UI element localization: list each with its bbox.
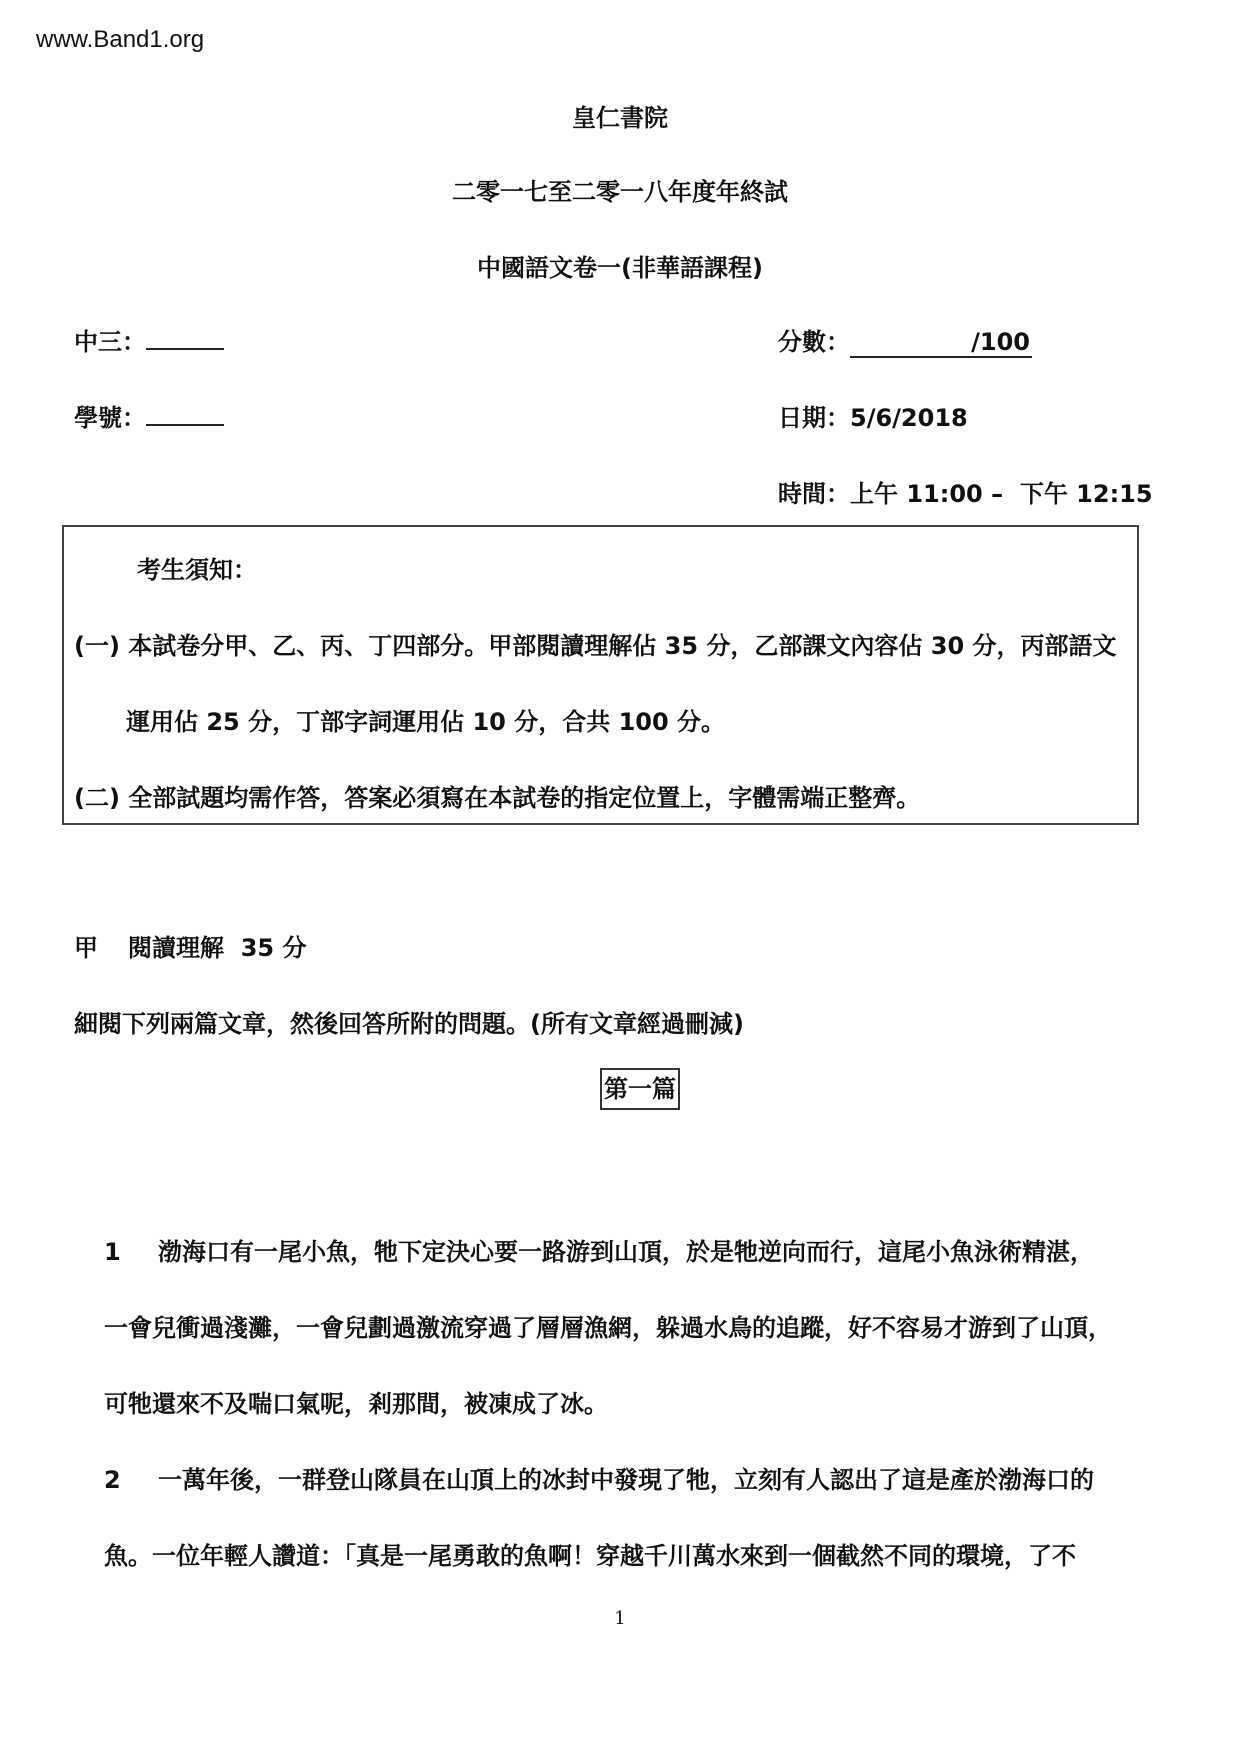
paragraph-1-line-2: 一會兒衝過淺灘，一會兒劃過激流穿過了層層漁網，躲過水鳥的追蹤，好不容易才游到了山…	[104, 1308, 1112, 1343]
class-blank[interactable]	[146, 326, 224, 350]
paper-title: 中國語文卷一(非華語課程)	[0, 248, 1240, 283]
notice-item-2: (二) 全部試題均需作答，答案必須寫在本試卷的指定位置上，字體需端正整齊。	[74, 778, 920, 813]
section-instruction: 細閱下列兩篇文章，然後回答所附的問題。(所有文章經過刪減)	[74, 1004, 744, 1039]
exam-title: 二零一七至二零一八年度年終試	[0, 172, 1240, 207]
school-name: 皇仁書院	[0, 98, 1240, 133]
paragraph-2-line-2: 魚。一位年輕人讚道：「真是一尾勇敢的魚啊！穿越千川萬水來到一個截然不同的環境，了…	[104, 1536, 1076, 1571]
paragraph-2-line-1: 2一萬年後，一群登山隊員在山頂上的冰封中發現了牠，立刻有人認出了這是產於渤海口的	[104, 1460, 1094, 1495]
paragraph-1-line-1: 1渤海口有一尾小魚，牠下定決心要一路游到山頂，於是牠逆向而行，這尾小魚泳術精湛，	[104, 1232, 1094, 1267]
paragraph-1-line-3: 可牠還來不及喘口氣呢，剎那間，被凍成了冰。	[104, 1384, 608, 1419]
class-label: 中三：	[74, 328, 146, 356]
score-blank[interactable]: /100	[850, 328, 1032, 358]
time-field: 時間：上午 11:00 – 下午 12:15	[778, 474, 1153, 509]
paragraph-number: 1	[104, 1238, 158, 1266]
date-field: 日期：5/6/2018	[778, 398, 968, 433]
time-label: 時間：	[778, 480, 850, 508]
score-label: 分數：	[778, 328, 850, 356]
notice-item-1-line-1: (一) 本試卷分甲、乙、丙、丁四部分。甲部閱讀理解佔 35 分，乙部課文內容佔 …	[74, 626, 1117, 661]
paragraph-number: 2	[104, 1466, 158, 1494]
date-value: 5/6/2018	[850, 404, 968, 432]
score-field: 分數：/100	[778, 322, 1032, 358]
watermark: www.Band1.org	[36, 26, 204, 54]
time-value: 上午 11:00 – 下午 12:15	[850, 480, 1153, 508]
notice-item-1-line-2: 運用佔 25 分，丁部字詞運用佔 10 分，合共 100 分。	[126, 702, 725, 737]
class-field: 中三：	[74, 322, 224, 357]
student-no-blank[interactable]	[146, 402, 224, 426]
score-total: /100	[971, 328, 1030, 356]
paragraph-text: 一萬年後，一群登山隊員在山頂上的冰封中發現了牠，立刻有人認出了這是產於渤海口的	[158, 1466, 1094, 1494]
date-label: 日期：	[778, 404, 850, 432]
student-no-label: 學號：	[74, 404, 146, 432]
page-number: 1	[0, 1608, 1240, 1629]
notice-title: 考生須知：	[137, 550, 257, 585]
section-title: 閱讀理解 35 分	[128, 934, 306, 962]
student-no-field: 學號：	[74, 398, 224, 433]
section-letter: 甲	[74, 934, 98, 962]
paragraph-text: 渤海口有一尾小魚，牠下定決心要一路游到山頂，於是牠逆向而行，這尾小魚泳術精湛，	[158, 1238, 1094, 1266]
article-title: 第一篇	[600, 1068, 680, 1110]
section-heading: 甲閱讀理解 35 分	[74, 928, 306, 963]
